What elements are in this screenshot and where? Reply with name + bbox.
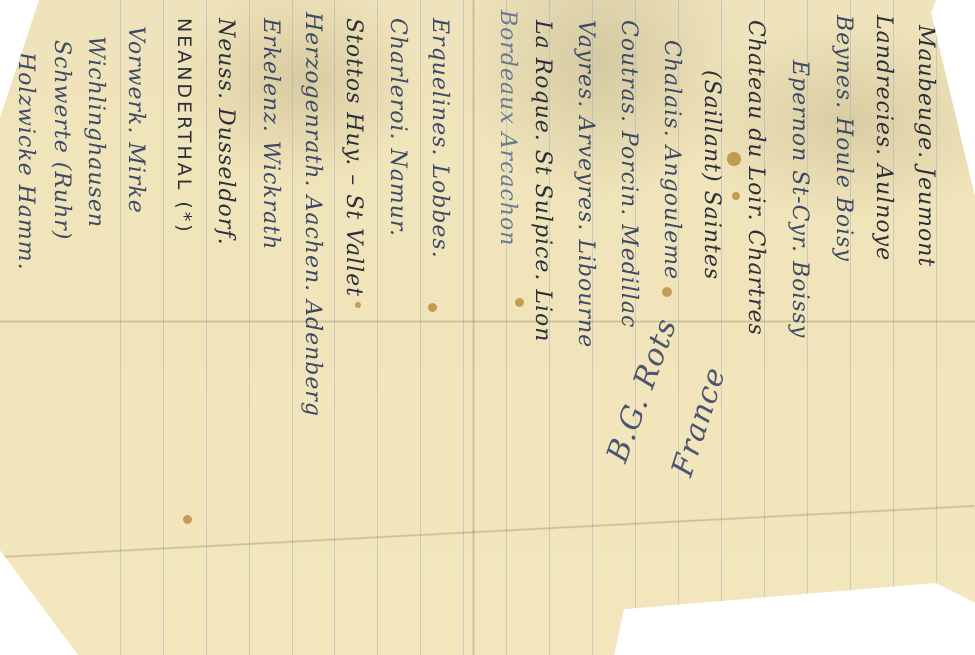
signature-line: France (665, 363, 733, 481)
ruling-line (249, 0, 250, 655)
text-line: Stottos Huy. – St Vallet (341, 18, 366, 297)
text-line: NEANDERTHAL (*) (173, 18, 195, 235)
stain (515, 298, 524, 307)
ruling-line (206, 0, 207, 655)
text-line: Vayres. Arveyres. Libourne (573, 20, 598, 348)
text-line: Erkelenz. Wickrath (258, 18, 283, 250)
stain (428, 303, 437, 312)
stain (732, 192, 740, 200)
text-line: Neuss. Dusseldorf. (213, 18, 238, 246)
stain (355, 302, 361, 308)
signature-line: B.G. Rots (600, 313, 684, 467)
text-line: Bordeaux Arcachon (495, 10, 520, 246)
ruling-line (334, 0, 335, 655)
text-line: Landrecies. Aulnoye (871, 15, 896, 261)
text-line: Epernon St-Cyr. Boissy (787, 60, 812, 338)
fold-crease (1, 504, 975, 558)
text-line: Coutras. Porcin. Medillac (616, 20, 641, 328)
text-line: Wichlinghausen (83, 36, 108, 228)
stain (183, 515, 192, 524)
text-line: (Saillant) Saintes (699, 70, 724, 280)
ruling-line (292, 0, 293, 655)
fold-crease (0, 320, 975, 323)
ruling-line (377, 0, 378, 655)
document-page: Erquelines. Lobbes. Charleroi. Namur. St… (0, 0, 975, 655)
fold-crease (472, 0, 475, 655)
text-line: Maubeuge. Jeumont (913, 25, 938, 267)
ruling-line (163, 0, 164, 655)
ruling-line (120, 0, 121, 655)
text-line: Chateau du Loir. Chartres (743, 20, 768, 336)
text-line: La Roque. St Sulpice. Lion (530, 20, 555, 342)
text-line: Holzwicke Hamm. (13, 52, 38, 271)
text-line: Vorwerk. Mirke (123, 26, 148, 214)
text-line: Chalais. Angouleme (659, 40, 684, 280)
text-line: Charleroi. Namur. (385, 18, 410, 237)
text-line: Erquelines. Lobbes. (427, 18, 452, 259)
text-line: Schwerte (Ruhr) (49, 40, 74, 240)
text-line: Beynes. Houle Boisy (831, 15, 856, 262)
ruling-line (420, 0, 421, 655)
ruling-line (463, 0, 464, 655)
stain (727, 152, 741, 166)
text-line: Herzogenrath. Aachen. Adenberg (300, 12, 325, 417)
stain (662, 287, 672, 297)
